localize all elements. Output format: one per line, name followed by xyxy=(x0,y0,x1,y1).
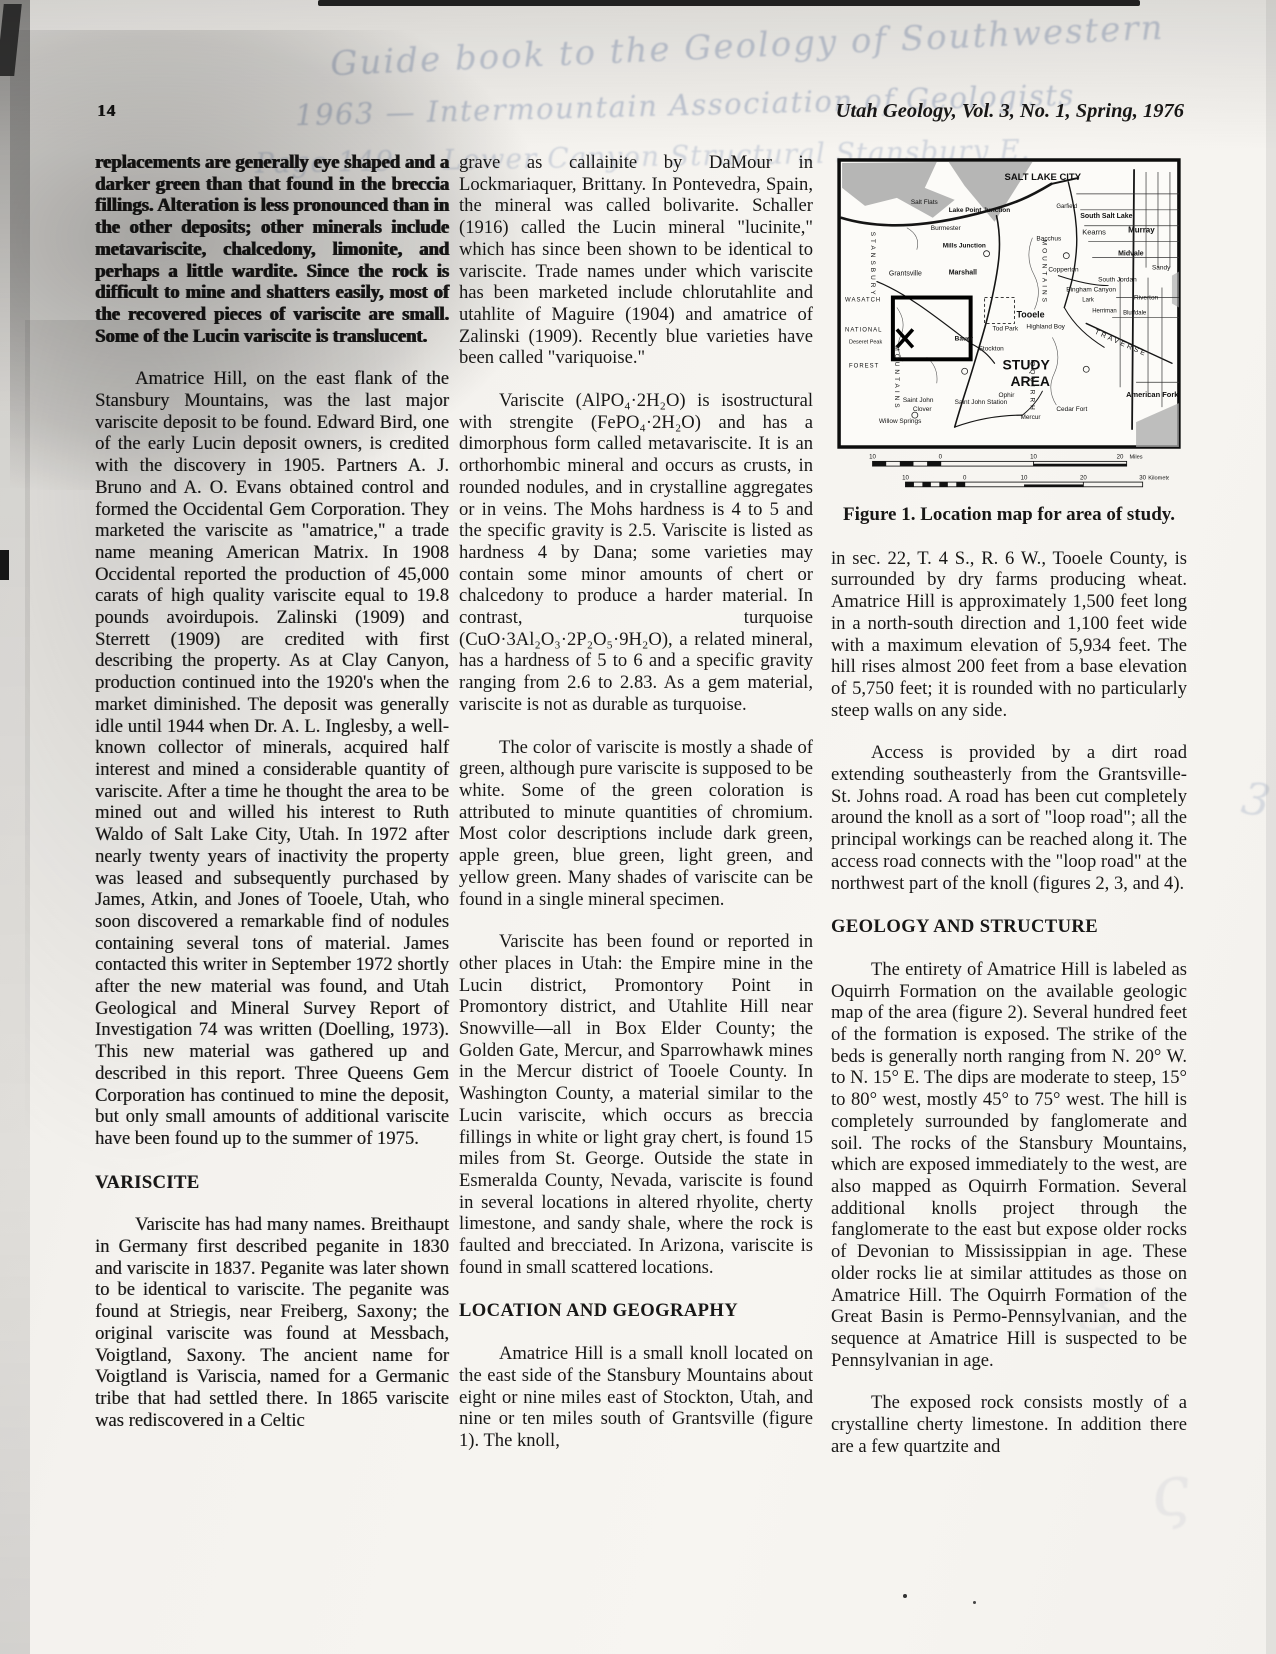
map-label-marshall: Marshall xyxy=(949,270,977,277)
figure-1-caption: Figure 1. Location map for area of study… xyxy=(831,504,1187,526)
map-label-highland-boy: Highland Boy xyxy=(1026,323,1065,330)
scale-tick: 10 xyxy=(1030,454,1037,461)
map-label-clover: Clover xyxy=(913,406,933,413)
scale-unit-kilometers: Kilometers xyxy=(1148,475,1169,481)
scanned-journal-page: Guide book to the Geology of Southwester… xyxy=(0,0,1276,1654)
location-map: SALT LAKE CITY Garfield South Salt Lake … xyxy=(837,158,1181,449)
section-heading-variscite: VARISCITE xyxy=(95,1172,449,1194)
scan-artifact-edge-tick xyxy=(0,550,9,580)
map-label-cedar-fort: Cedar Fort xyxy=(1056,406,1087,413)
map-label-saint-john-station: Saint John Station xyxy=(955,399,1008,406)
scan-speck xyxy=(903,1594,907,1598)
scan-edge-shadow-left xyxy=(0,0,30,1654)
scale-miles: 10 0 10 20 Miles xyxy=(869,454,1143,467)
map-label-lake-point-junction: Lake Point Junction xyxy=(949,207,1011,214)
paragraph: Variscite (AlPO₄·2H₂O) is isostructural … xyxy=(459,390,813,716)
scan-artifact-top-strip xyxy=(318,0,1140,6)
column-3: SALT LAKE CITY Garfield South Salt Lake … xyxy=(831,158,1187,1478)
map-label-south-salt-lake: South Salt Lake xyxy=(1080,213,1132,220)
scale-tick: 20 xyxy=(1080,474,1087,481)
figure-1: SALT LAKE CITY Garfield South Salt Lake … xyxy=(831,158,1187,526)
scale-tick: 30 xyxy=(1139,474,1146,481)
scale-tick: 0 xyxy=(939,454,943,461)
scale-tick: 0 xyxy=(963,474,967,481)
journal-header: Utah Geology, Vol. 3, No. 1, Spring, 197… xyxy=(836,100,1184,123)
map-label-bingham-canyon: Bingham Canyon xyxy=(1066,287,1116,294)
paragraph: Amatrice Hill, on the east flank of the … xyxy=(95,368,449,1149)
scan-edge-shadow-right xyxy=(1266,0,1276,1654)
paragraph: Amatrice Hill is a small knoll located o… xyxy=(459,1343,813,1452)
scale-tick: 10 xyxy=(869,454,876,461)
map-label-lark: Lark xyxy=(1082,298,1094,304)
map-label-salt-flats: Salt Flats xyxy=(911,199,938,206)
scan-shadow-top xyxy=(0,0,1276,150)
map-label-forest: FOREST xyxy=(849,363,879,369)
map-scale-bars: 10 0 10 20 Miles 10 xyxy=(849,451,1169,500)
map-label-burmester: Burmester xyxy=(931,225,962,232)
handwritten-margin-mark: 3 xyxy=(1238,773,1274,828)
scan-speck xyxy=(973,1601,976,1604)
map-label-study: STUDY xyxy=(1003,356,1051,372)
paragraph: Variscite has had many names. Breithaupt… xyxy=(95,1214,449,1431)
section-heading-location-geography: LOCATION AND GEOGRAPHY xyxy=(459,1300,813,1322)
map-label-herriman: Herriman xyxy=(1092,308,1117,314)
scan-artifact-corner-mark xyxy=(0,4,22,76)
map-label-deseret-peak: Deseret Peak xyxy=(849,339,882,345)
scale-tick: 10 xyxy=(1021,474,1028,481)
paragraph: The color of variscite is mostly a shade… xyxy=(459,737,813,911)
column-2: grave as callainite by DaMour in Lockmar… xyxy=(459,152,813,1473)
map-label-oquirrh: OQUIRRH xyxy=(1028,361,1035,412)
map-label-wasatch: WASATCH xyxy=(845,298,881,304)
paragraph: grave as callainite by DaMour in Lockmar… xyxy=(459,152,813,369)
handwritten-annotation-line1: Guide book to the Geology of Southwester… xyxy=(330,8,1166,84)
map-label-murray: Murray xyxy=(1128,226,1155,235)
map-label-stansbury-mountains-2: MOUNTAINS xyxy=(893,345,900,410)
map-label-midvale: Midvale xyxy=(1118,251,1144,258)
paragraph: The entirety of Amatrice Hill is labeled… xyxy=(831,959,1187,1371)
scale-tick: 10 xyxy=(902,474,909,481)
page-number: 14 xyxy=(97,101,116,121)
section-heading-geology-structure: GEOLOGY AND STRUCTURE xyxy=(831,916,1187,938)
column-1: replacements are generally eye shaped an… xyxy=(95,152,449,1452)
scale-kilometers: 10 0 10 20 30 Kilometers xyxy=(902,474,1169,487)
map-label-garfield: Garfield xyxy=(1056,204,1077,210)
map-label-ophir: Ophir xyxy=(999,392,1016,399)
map-label-south-jordan: South Jordan xyxy=(1098,277,1137,284)
map-label-tod-park: Tod Park xyxy=(993,325,1019,332)
paragraph: Variscite has been found or reported in … xyxy=(459,931,813,1278)
paragraph: The exposed rock consists mostly of a cr… xyxy=(831,1392,1187,1457)
map-label-riverton: Riverton xyxy=(1134,295,1158,302)
scale-unit-miles: Miles xyxy=(1129,455,1142,461)
map-label-american-fork: American Fork xyxy=(1126,390,1179,399)
map-label-oquirrh-mountains: MOUNTAINS xyxy=(1040,240,1047,305)
map-label-grantsville: Grantsville xyxy=(889,271,922,278)
map-label-national: NATIONAL xyxy=(845,327,882,333)
scale-tick: 20 xyxy=(1117,454,1124,461)
map-label-bauer: Bauer xyxy=(955,335,974,342)
map-label-stockton: Stockton xyxy=(979,345,1005,352)
paragraph: Access is provided by a dirt road extend… xyxy=(831,742,1187,894)
map-label-saint-john: Saint John xyxy=(903,397,934,404)
map-label-willow-springs: Willow Springs xyxy=(879,418,921,425)
map-label-copperton: Copperton xyxy=(1048,267,1079,274)
map-label-kearns: Kearns xyxy=(1082,228,1106,237)
map-label-bluffdale: Bluffdale xyxy=(1123,310,1147,316)
paragraph: in sec. 22, T. 4 S., R. 6 W., Tooele Cou… xyxy=(831,548,1187,722)
paragraph: replacements are generally eye shaped an… xyxy=(95,152,449,347)
map-label-stansbury-mountains: STANSBURY xyxy=(869,232,876,298)
map-label-tooele: Tooele xyxy=(1016,309,1044,319)
map-label-salt-lake-city: SALT LAKE CITY xyxy=(1005,172,1082,183)
map-label-mills-junction: Mills Junction xyxy=(943,243,986,250)
map-label-mercur: Mercur xyxy=(1020,414,1041,421)
map-label-sandy: Sandy xyxy=(1152,265,1171,272)
map-label-bacchus: Bacchus xyxy=(1036,236,1061,243)
